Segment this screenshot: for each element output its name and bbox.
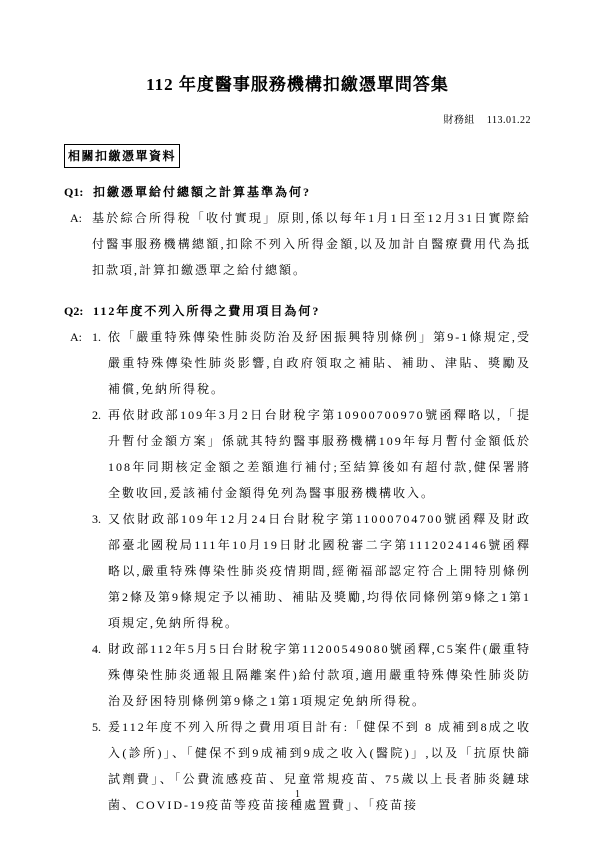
answer-row: A: 基於綜合所得稅「收付實現」原則,係以每年1月1日至12月31日實際給付醫事… <box>64 205 531 283</box>
meta-line: 財務組 113.01.22 <box>64 111 531 126</box>
item-number: 4. <box>92 636 108 714</box>
answer-list: 1. 依「嚴重特殊傳染性肺炎防治及紓困振興特別條例」第9-1條規定,受嚴重特殊傳… <box>92 324 531 818</box>
department-label: 財務組 <box>443 115 475 126</box>
question-label: Q1: <box>64 179 93 205</box>
qa-block-q2: Q2: 112年度不列入所得之費用項目為何? A: 1. 依「嚴重特殊傳染性肺炎… <box>64 298 531 818</box>
section-heading-box: 相關扣繳憑單資料 <box>64 144 180 168</box>
answer-text: 基於綜合所得稅「收付實現」原則,係以每年1月1日至12月31日實際給付醫事服務機… <box>92 205 531 283</box>
question-row: Q2: 112年度不列入所得之費用項目為何? <box>64 298 531 324</box>
answer-row: A: 1. 依「嚴重特殊傳染性肺炎防治及紓困振興特別條例」第9-1條規定,受嚴重… <box>64 324 531 818</box>
item-number: 5. <box>92 714 108 818</box>
doc-date: 113.01.22 <box>487 115 531 126</box>
item-text: 財政部112年5月5日台財稅字第11200549080號函釋,C5案件(嚴重特殊… <box>108 636 531 714</box>
doc-title: 112 年度醫事服務機構扣繳憑單問答集 <box>64 70 531 95</box>
item-number: 3. <box>92 506 108 636</box>
question-label: Q2: <box>64 298 93 324</box>
qa-block-q1: Q1: 扣繳憑單給付總額之計算基準為何? A: 基於綜合所得稅「收付實現」原則,… <box>64 179 531 283</box>
answer-list-item: 1. 依「嚴重特殊傳染性肺炎防治及紓困振興特別條例」第9-1條規定,受嚴重特殊傳… <box>92 324 531 402</box>
page-number: 1 <box>0 789 595 800</box>
answer-label: A: <box>70 205 92 283</box>
document-page: 112 年度醫事服務機構扣繳憑單問答集 財務組 113.01.22 相關扣繳憑單… <box>0 0 595 842</box>
answer-list-item: 2. 再依財政部109年3月2日台財稅字第10900700970號函釋略以,「提… <box>92 402 531 506</box>
section-heading: 相關扣繳憑單資料 <box>68 149 176 163</box>
item-text: 又依財政部109年12月24日台財稅字第11000704700號函釋及財政部臺北… <box>108 506 531 636</box>
item-number: 1. <box>92 324 108 402</box>
answer-list-item: 5. 爰112年度不列入所得之費用項目計有:「健保不到 8 成補到8成之收入(診… <box>92 714 531 818</box>
answer-label: A: <box>70 324 92 818</box>
item-text: 爰112年度不列入所得之費用項目計有:「健保不到 8 成補到8成之收入(診所)」… <box>108 714 531 818</box>
item-text: 依「嚴重特殊傳染性肺炎防治及紓困振興特別條例」第9-1條規定,受嚴重特殊傳染性肺… <box>108 324 531 402</box>
question-text: 112年度不列入所得之費用項目為何? <box>93 298 531 324</box>
item-text: 再依財政部109年3月2日台財稅字第10900700970號函釋略以,「提升暫付… <box>108 402 531 506</box>
question-text: 扣繳憑單給付總額之計算基準為何? <box>93 179 531 205</box>
question-row: Q1: 扣繳憑單給付總額之計算基準為何? <box>64 179 531 205</box>
item-number: 2. <box>92 402 108 506</box>
answer-list-item: 3. 又依財政部109年12月24日台財稅字第11000704700號函釋及財政… <box>92 506 531 636</box>
answer-list-item: 4. 財政部112年5月5日台財稅字第11200549080號函釋,C5案件(嚴… <box>92 636 531 714</box>
